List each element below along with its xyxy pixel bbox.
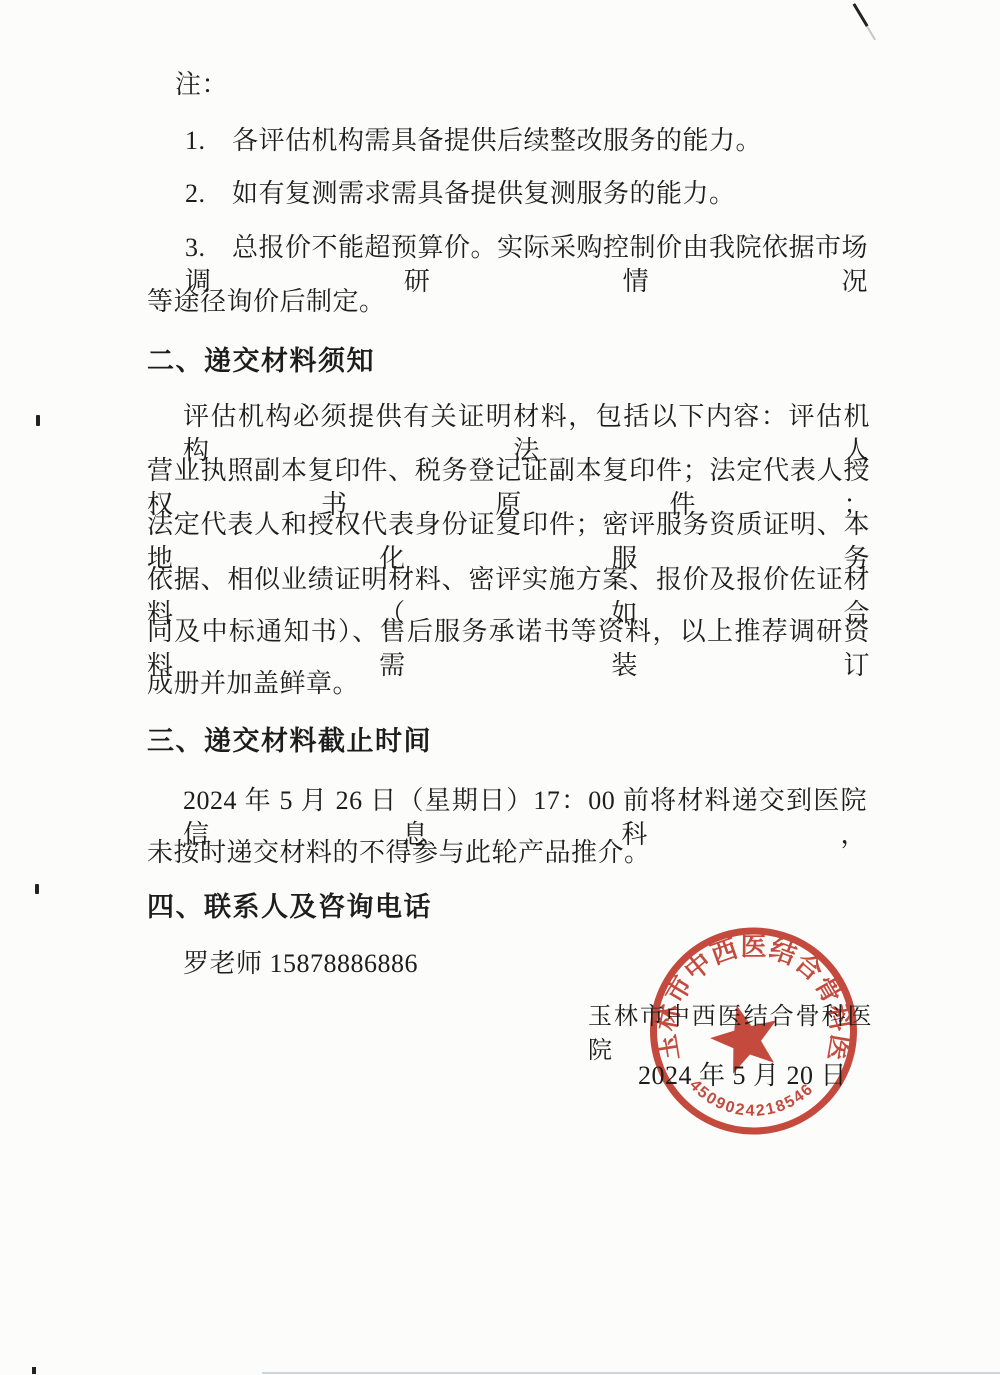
- section2-heading: 二、递交材料须知: [147, 344, 375, 378]
- note-item-1: 1. 各评估机构需具备提供后续整改服务的能力。: [185, 124, 762, 158]
- scan-artifact-diagonal-faint: [866, 26, 876, 41]
- scan-edge-line: [262, 1372, 1000, 1374]
- signature-org-name: 玉林市中西医结合骨科医院: [588, 1000, 872, 1068]
- section3-heading: 三、递交材料截止时间: [147, 724, 432, 758]
- scan-speck-1: [36, 415, 40, 426]
- note-item-2: 2. 如有复测需求需具备提供复测服务的能力。: [185, 177, 736, 211]
- scan-speck-2: [35, 884, 39, 894]
- document-page: 注： 1. 各评估机构需具备提供后续整改服务的能力。 2. 如有复测需求需具备提…: [0, 0, 1000, 1375]
- signature-date: 2024 年 5 月 20 日: [638, 1059, 847, 1093]
- contact-line: 罗老师 15878886886: [183, 947, 418, 981]
- section3-line-2: 未按时递交材料的不得参与此轮产品推介。: [147, 836, 651, 870]
- note-label: 注：: [175, 68, 228, 102]
- note-item-3-line-2: 等途径询价后制定。: [147, 285, 386, 319]
- scan-artifact-diagonal: [853, 3, 869, 27]
- section4-heading: 四、联系人及咨询电话: [147, 890, 432, 924]
- section2-line-6: 成册并加盖鲜章。: [147, 667, 359, 701]
- scan-speck-3: [32, 1367, 36, 1374]
